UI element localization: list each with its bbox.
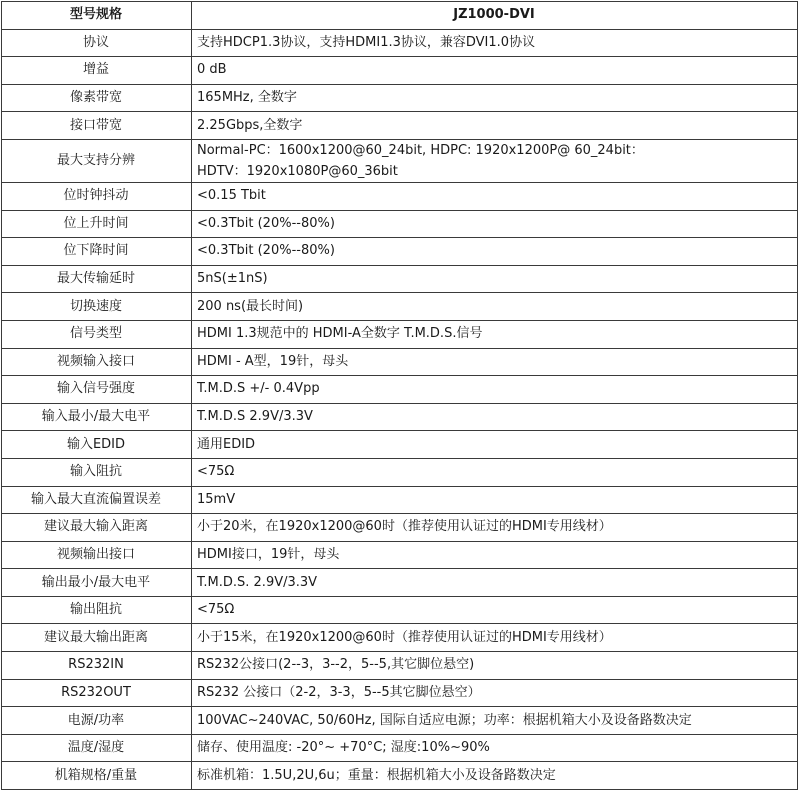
table-row: 输入信号强度 T.M.D.S +/- 0.4Vpp [2, 376, 798, 404]
row-label: 建议最大输入距离 [2, 514, 192, 542]
row-value-line: HDTV：1920x1080P@60_36bit [197, 161, 791, 182]
table-row: RS232IN RS232公接口(2--3，3--2，5--5,其它脚位悬空) [2, 652, 798, 680]
row-label: 最大传输延时 [2, 265, 192, 293]
row-label: 视频输入接口 [2, 348, 192, 376]
table-row: 输出阻抗 <75Ω [2, 596, 798, 624]
row-label: RS232IN [2, 652, 192, 680]
row-value: <0.3Tbit (20%--80%) [192, 238, 798, 266]
row-value: 小于20米，在1920x1200@60时（推荐使用认证过的HDMI专用线材） [192, 514, 798, 542]
table-row: 输入阻抗 <75Ω [2, 458, 798, 486]
row-label: 输入最大直流偏置误差 [2, 486, 192, 514]
table-row: 输入最大直流偏置误差 15mV [2, 486, 798, 514]
table-row: 输入最小/最大电平 T.M.D.S 2.9V/3.3V [2, 403, 798, 431]
row-value: T.M.D.S. 2.9V/3.3V [192, 569, 798, 597]
row-value: 5nS(±1nS) [192, 265, 798, 293]
row-label: 接口带宽 [2, 112, 192, 140]
header-label: 型号规格 [2, 2, 192, 30]
row-value-line: Normal-PC：1600x1200@60_24bit, HDPC: 1920… [197, 140, 791, 161]
row-label: 增益 [2, 57, 192, 85]
spec-table: 型号规格 JZ1000-DVI 协议 支持HDCP1.3协议，支持HDMI1.3… [1, 1, 798, 790]
table-row: 像素带宽 165MHz, 全数字 [2, 84, 798, 112]
table-row: 位时钟抖动 <0.15 Tbit [2, 182, 798, 210]
row-label: 输入阻抗 [2, 458, 192, 486]
table-row: RS232OUT RS232 公接口（2-2，3-3，5--5其它脚位悬空） [2, 679, 798, 707]
table-row: 最大支持分辨 Normal-PC：1600x1200@60_24bit, HDP… [2, 139, 798, 182]
row-value: 通用EDID [192, 431, 798, 459]
row-value: 100VAC~240VAC, 50/60Hz, 国际自适应电源；功率：根据机箱大… [192, 707, 798, 735]
row-label: 建议最大输出距离 [2, 624, 192, 652]
row-label: 位时钟抖动 [2, 182, 192, 210]
row-value: 小于15米，在1920x1200@60时（推荐使用认证过的HDMI专用线材） [192, 624, 798, 652]
row-label: 位上升时间 [2, 210, 192, 238]
row-label: 信号类型 [2, 320, 192, 348]
row-label: 输入信号强度 [2, 376, 192, 404]
table-row: 视频输出接口 HDMI接口，19针，母头 [2, 541, 798, 569]
row-value: <0.15 Tbit [192, 182, 798, 210]
table-row: 接口带宽 2.25Gbps,全数字 [2, 112, 798, 140]
table-row: 输入EDID 通用EDID [2, 431, 798, 459]
row-value: HDMI 1.3规范中的 HDMI-A全数字 T.M.D.S.信号 [192, 320, 798, 348]
row-label: 输出最小/最大电平 [2, 569, 192, 597]
row-value: 支持HDCP1.3协议，支持HDMI1.3协议，兼容DVI1.0协议 [192, 29, 798, 57]
table-row: 协议 支持HDCP1.3协议，支持HDMI1.3协议，兼容DVI1.0协议 [2, 29, 798, 57]
row-value: <75Ω [192, 458, 798, 486]
table-row: 建议最大输入距离 小于20米，在1920x1200@60时（推荐使用认证过的HD… [2, 514, 798, 542]
row-value: HDMI接口，19针，母头 [192, 541, 798, 569]
row-value: 储存、使用温度: -20°~ +70°C; 湿度:10%~90% [192, 734, 798, 762]
row-label: 温度/湿度 [2, 734, 192, 762]
row-label: 电源/功率 [2, 707, 192, 735]
row-label: 协议 [2, 29, 192, 57]
table-row: 位上升时间 <0.3Tbit (20%--80%) [2, 210, 798, 238]
table-row: 输出最小/最大电平 T.M.D.S. 2.9V/3.3V [2, 569, 798, 597]
row-label: 位下降时间 [2, 238, 192, 266]
row-value: <75Ω [192, 596, 798, 624]
row-value: T.M.D.S 2.9V/3.3V [192, 403, 798, 431]
header-model: JZ1000-DVI [192, 2, 798, 30]
row-label: 输入最小/最大电平 [2, 403, 192, 431]
row-label: 切换速度 [2, 293, 192, 321]
table-row: 机箱规格/重量 标准机箱：1.5U,2U,6u；重量：根据机箱大小及设备路数决定 [2, 762, 798, 790]
table-row: 最大传输延时 5nS(±1nS) [2, 265, 798, 293]
row-value: HDMI - A型，19针，母头 [192, 348, 798, 376]
row-value: RS232公接口(2--3，3--2，5--5,其它脚位悬空) [192, 652, 798, 680]
row-value: 2.25Gbps,全数字 [192, 112, 798, 140]
table-row: 信号类型 HDMI 1.3规范中的 HDMI-A全数字 T.M.D.S.信号 [2, 320, 798, 348]
row-value: 标准机箱：1.5U,2U,6u；重量：根据机箱大小及设备路数决定 [192, 762, 798, 790]
row-value: <0.3Tbit (20%--80%) [192, 210, 798, 238]
header-row: 型号规格 JZ1000-DVI [2, 2, 798, 30]
row-value: RS232 公接口（2-2，3-3，5--5其它脚位悬空） [192, 679, 798, 707]
table-row: 位下降时间 <0.3Tbit (20%--80%) [2, 238, 798, 266]
row-value: Normal-PC：1600x1200@60_24bit, HDPC: 1920… [192, 139, 798, 182]
row-label: RS232OUT [2, 679, 192, 707]
row-value: T.M.D.S +/- 0.4Vpp [192, 376, 798, 404]
row-value: 165MHz, 全数字 [192, 84, 798, 112]
row-value: 200 ns(最长时间) [192, 293, 798, 321]
row-value: 0 dB [192, 57, 798, 85]
row-value: 15mV [192, 486, 798, 514]
table-row: 建议最大输出距离 小于15米，在1920x1200@60时（推荐使用认证过的HD… [2, 624, 798, 652]
row-label: 输入EDID [2, 431, 192, 459]
row-label: 机箱规格/重量 [2, 762, 192, 790]
row-label: 像素带宽 [2, 84, 192, 112]
row-label: 输出阻抗 [2, 596, 192, 624]
table-row: 视频输入接口 HDMI - A型，19针，母头 [2, 348, 798, 376]
table-row: 切换速度 200 ns(最长时间) [2, 293, 798, 321]
table-row: 电源/功率 100VAC~240VAC, 50/60Hz, 国际自适应电源；功率… [2, 707, 798, 735]
row-label: 视频输出接口 [2, 541, 192, 569]
table-row: 温度/湿度 储存、使用温度: -20°~ +70°C; 湿度:10%~90% [2, 734, 798, 762]
table-row: 增益 0 dB [2, 57, 798, 85]
row-label: 最大支持分辨 [2, 139, 192, 182]
